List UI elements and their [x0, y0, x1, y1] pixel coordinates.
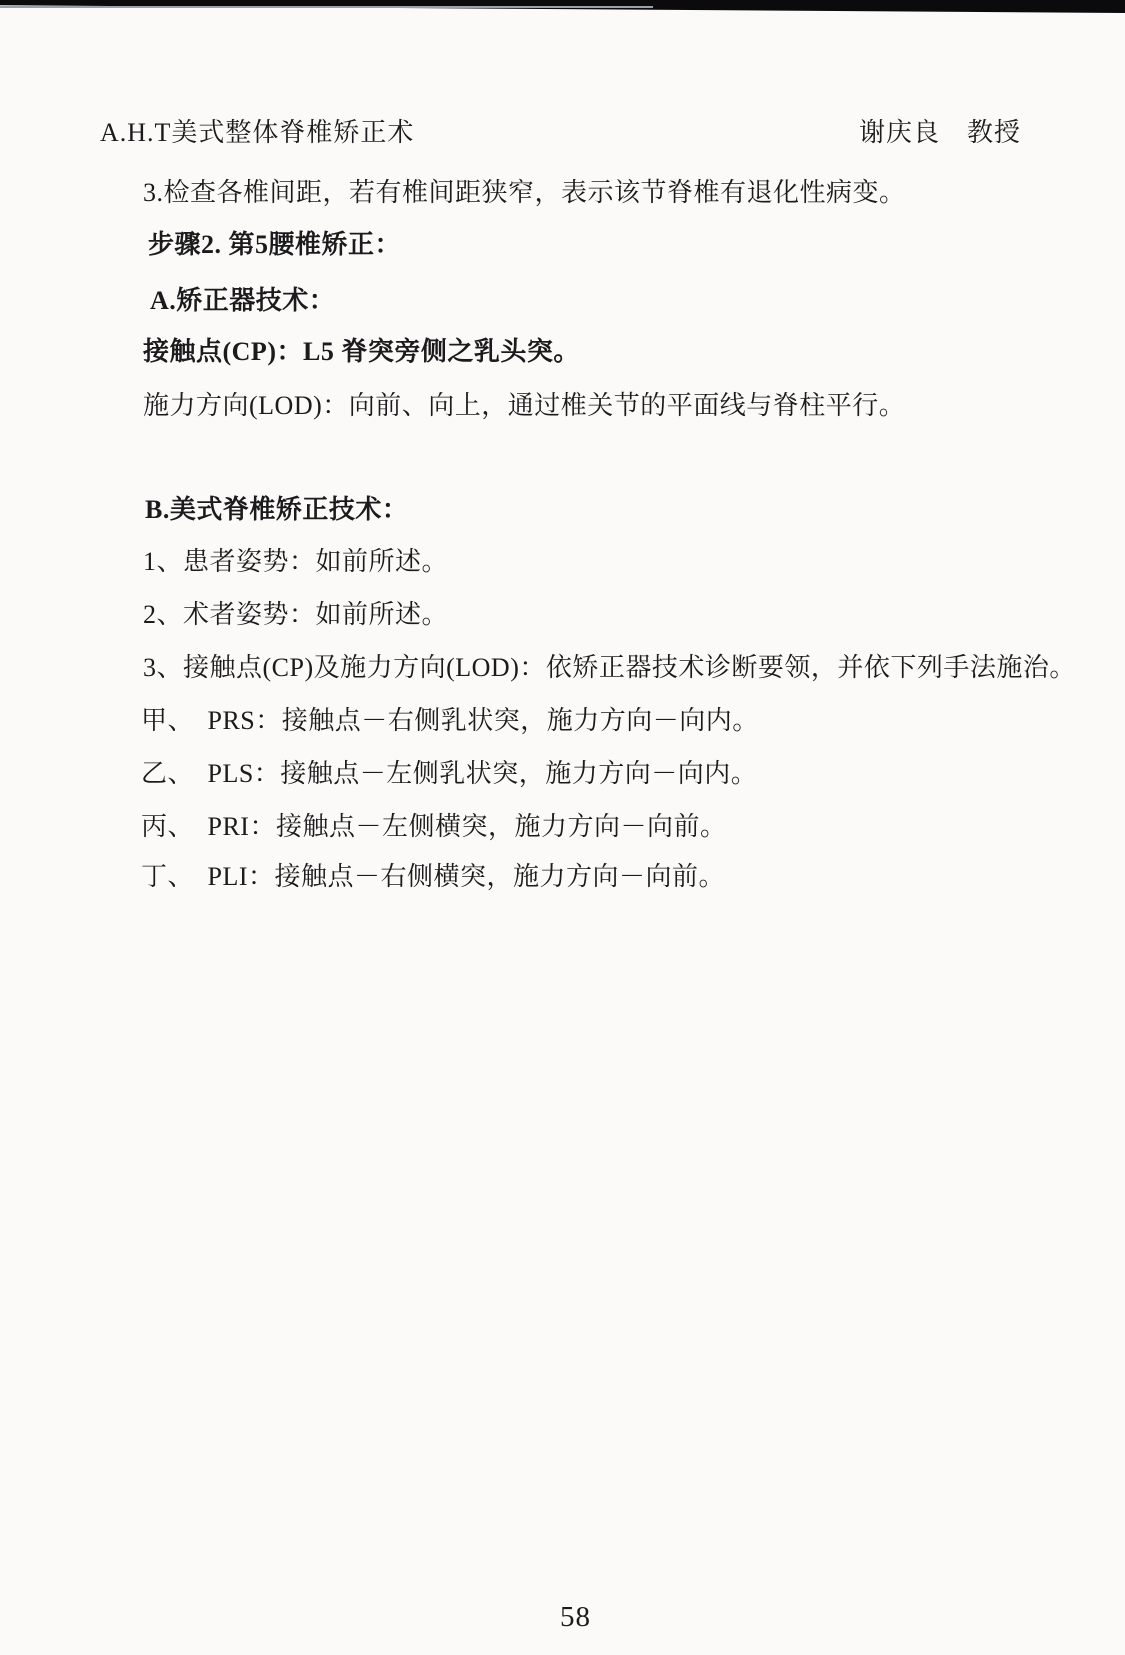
- page-number: 58: [560, 1601, 591, 1634]
- running-header-author: 谢庆良 教授: [859, 112, 1021, 149]
- list-item-pri: 丙、 PRI：接触点－左侧横突，施力方向－向前。: [141, 806, 726, 843]
- list-item-operator-posture: 2、术者姿势：如前所述。: [143, 594, 448, 631]
- list-item-prs: 甲、 PRS：接触点－右侧乳状突，施力方向－向内。: [141, 700, 759, 737]
- list-item-cp-lod: 3、接触点(CP)及施力方向(LOD)：依矫正器技术诊断要领，并依下列手法施治。: [143, 647, 1076, 684]
- heading-instrument-technique: A.矫正器技术：: [150, 280, 335, 317]
- paragraph-check-spacing: 3.检查各椎间距，若有椎间距狭窄，表示该节脊椎有退化性病变。: [143, 172, 906, 209]
- running-header-title: A.H.T美式整体脊椎矫正术: [100, 112, 414, 149]
- scanned-document-page: A.H.T美式整体脊椎矫正术 谢庆良 教授 3.检查各椎间距，若有椎间距狭窄，表…: [0, 0, 1125, 1655]
- heading-american-technique: B.美式脊椎矫正技术：: [145, 489, 408, 526]
- heading-step-2: 步骤2. 第5腰椎矫正：: [148, 224, 401, 261]
- list-item-pls: 乙、 PLS：接触点－左侧乳状突，施力方向－向内。: [141, 753, 757, 790]
- line-force-direction: 施力方向(LOD)：向前、向上，通过椎关节的平面线与脊柱平行。: [143, 385, 905, 422]
- list-item-pli: 丁、 PLI：接触点－右侧横突，施力方向－向前。: [141, 856, 725, 893]
- list-item-patient-posture: 1、患者姿势：如前所述。: [143, 541, 448, 578]
- scan-edge-line: [0, 6, 653, 8]
- line-contact-point: 接触点(CP)：L5 脊突旁侧之乳头突。: [143, 331, 580, 368]
